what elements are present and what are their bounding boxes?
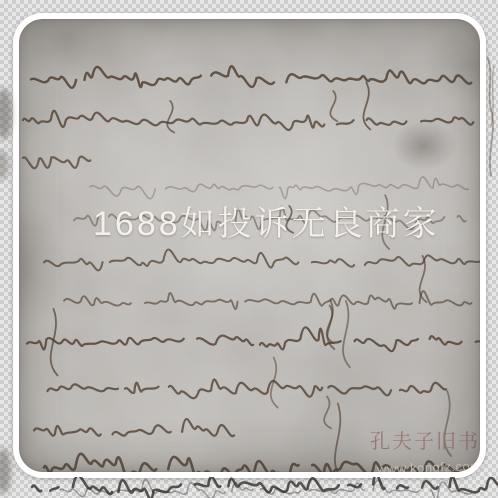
manuscript-bleed-right	[485, 52, 498, 182]
manuscript-handwriting	[19, 19, 480, 472]
image-canvas: 1688如投诉无良商家 孔夫子旧书网 www.kongfz.com	[0, 0, 498, 498]
manuscript-photo: 1688如投诉无良商家 孔夫子旧书网 www.kongfz.com	[13, 13, 486, 478]
watermark-site-name: 孔夫子旧书网	[370, 425, 486, 454]
watermark-url: www.kongfz.com	[377, 458, 482, 477]
manuscript-bleed-bottom	[0, 477, 498, 498]
ink-stroke	[491, 66, 494, 126]
overlay-title: 1688如投诉无良商家	[93, 196, 478, 245]
ink-stroke	[32, 477, 498, 498]
